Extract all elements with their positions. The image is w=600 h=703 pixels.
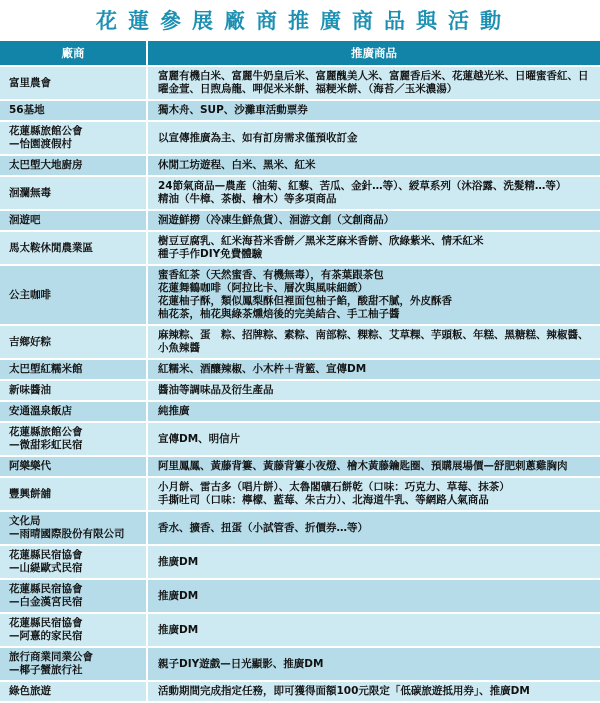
table-row: 綠色旅遊 活動期間完成指定任務，即可獲得面額100元限定「低碳旅遊抵用券」、推廣… xyxy=(0,682,600,703)
products-cell: 獨木舟、SUP、沙灘車活動票券 xyxy=(148,101,600,120)
vendor-cell: 洄遊吧 xyxy=(0,211,148,230)
table-row: 花蓮縣民宿協會 —阿憙的家民宿 推廣DM xyxy=(0,614,600,648)
vendor-cell: 富里農會 xyxy=(0,67,148,99)
vendor-cell: 新味醬油 xyxy=(0,381,148,400)
products-cell: 蜜香紅茶（天然蜜香、有機無毒），有茶葉跟茶包 花蓮舞鶴咖啡（阿拉比卡、層次與風味… xyxy=(148,266,600,324)
products-cell: 醬油等調味品及衍生產品 xyxy=(148,381,600,400)
column-header-vendor: 廠商 xyxy=(0,41,148,65)
table-row: 花蓮縣旅館公會 —怡園渡假村 以宣傳推廣為主、如有訂房需求僅預收訂金 xyxy=(0,122,600,156)
table-header-row: 廠商 推廣商品 xyxy=(0,41,600,67)
table-row: 馬太鞍休閒農業區 樹豆豆腐乳、紅米海苔米香餅／黑米芝麻米香餅、欣綠紫米、情禾紅米… xyxy=(0,232,600,266)
column-header-products: 推廣商品 xyxy=(148,41,600,65)
products-cell: 純推廣 xyxy=(148,402,600,421)
vendor-cell: 綠色旅遊 xyxy=(0,682,148,701)
table-row: 花蓮縣民宿協會 —白金漢宮民宿 推廣DM xyxy=(0,580,600,614)
table-row: 56基地 獨木舟、SUP、沙灘車活動票券 xyxy=(0,101,600,122)
vendor-cell: 洄瀾無毒 xyxy=(0,177,148,209)
products-cell: 麻辣粽、蛋 粽、招牌粽、素粽、南部粽、粿粽、艾草粿、芋頭粄、年糕、黑糖糕、辣椒醬… xyxy=(148,326,600,358)
products-cell: 24節氣商品—農產（油菊、紅藜、苦瓜、金針…等）、綬草系列（沐浴露、洗髮精…等）… xyxy=(148,177,600,209)
products-cell: 宣傳DM、明信片 xyxy=(148,423,600,455)
table-row: 太巴塱紅糯米館 紅糯米、酒釀辣椒、小木杵＋背籃、宣傳DM xyxy=(0,360,600,381)
table-row: 豐興餅舖 小月餅、雷古多（唱片餅）、太魯閣礦石餅乾（口味：巧克力、草莓、抹茶） … xyxy=(0,478,600,512)
products-cell: 活動期間完成指定任務，即可獲得面額100元限定「低碳旅遊抵用券」、推廣DM xyxy=(148,682,600,701)
page-title: 花蓮參展廠商推廣商品與活動 xyxy=(0,0,600,39)
vendor-cell: 花蓮縣民宿協會 —山緹歐式民宿 xyxy=(0,546,148,578)
products-cell: 洄遊鮮撈（冷凍生鮮魚貨）、洄游文創（文創商品） xyxy=(148,211,600,230)
vendor-cell: 花蓮縣民宿協會 —阿憙的家民宿 xyxy=(0,614,148,646)
table-row: 文化局 —雨晴國際股份有限公司 香水、擴香、扭蛋（小試管香、折價券…等） xyxy=(0,512,600,546)
vendor-cell: 安通溫泉飯店 xyxy=(0,402,148,421)
table-row: 安通溫泉飯店 純推廣 xyxy=(0,402,600,423)
table-row: 公主咖啡 蜜香紅茶（天然蜜香、有機無毒），有茶葉跟茶包 花蓮舞鶴咖啡（阿拉比卡、… xyxy=(0,266,600,326)
vendor-cell: 旅行商業同業公會 —椰子蟹旅行社 xyxy=(0,648,148,680)
products-cell: 樹豆豆腐乳、紅米海苔米香餅／黑米芝麻米香餅、欣綠紫米、情禾紅米 種子手作DIY免… xyxy=(148,232,600,264)
products-cell: 小月餅、雷古多（唱片餅）、太魯閣礦石餅乾（口味：巧克力、草莓、抹茶） 手撕吐司（… xyxy=(148,478,600,510)
table-row: 吉鄉好粽 麻辣粽、蛋 粽、招牌粽、素粽、南部粽、粿粽、艾草粿、芋頭粄、年糕、黑糖… xyxy=(0,326,600,360)
table-row: 花蓮縣民宿協會 —山緹歐式民宿 推廣DM xyxy=(0,546,600,580)
table-body: 富里農會 富麗有機白米、富麗牛奶皇后米、富麗醜美人米、富麗香后米、花蓮越光米、日… xyxy=(0,67,600,703)
vendor-cell: 花蓮縣民宿協會 —白金漢宮民宿 xyxy=(0,580,148,612)
products-cell: 富麗有機白米、富麗牛奶皇后米、富麗醜美人米、富麗香后米、花蓮越光米、日曜蜜香紅、… xyxy=(148,67,600,99)
vendor-cell: 阿樂樂代 xyxy=(0,457,148,476)
table-row: 太巴塱大地廚房 休閒工坊遊程、白米、黑米、紅米 xyxy=(0,156,600,177)
table-row: 洄遊吧 洄遊鮮撈（冷凍生鮮魚貨）、洄游文創（文創商品） xyxy=(0,211,600,232)
table-row: 旅行商業同業公會 —椰子蟹旅行社 親子DIY遊戲—日光顯影、推廣DM xyxy=(0,648,600,682)
page: 花蓮參展廠商推廣商品與活動 廠商 推廣商品 富里農會 富麗有機白米、富麗牛奶皇后… xyxy=(0,0,600,703)
vendor-cell: 馬太鞍休閒農業區 xyxy=(0,232,148,264)
vendor-cell: 花蓮縣旅館公會 —怡園渡假村 xyxy=(0,122,148,154)
products-cell: 推廣DM xyxy=(148,580,600,612)
products-cell: 親子DIY遊戲—日光顯影、推廣DM xyxy=(148,648,600,680)
products-cell: 推廣DM xyxy=(148,546,600,578)
vendor-products-table: 廠商 推廣商品 富里農會 富麗有機白米、富麗牛奶皇后米、富麗醜美人米、富麗香后米… xyxy=(0,39,600,703)
vendor-cell: 花蓮縣旅館公會 —微甜彩虹民宿 xyxy=(0,423,148,455)
products-cell: 休閒工坊遊程、白米、黑米、紅米 xyxy=(148,156,600,175)
table-row: 阿樂樂代 阿里鳳鳳、黃藤背簍、黃藤背簍小夜燈、檜木黃藤鑰匙圈、預購展場價—舒肥刺… xyxy=(0,457,600,478)
vendor-cell: 太巴塱紅糯米館 xyxy=(0,360,148,379)
products-cell: 紅糯米、酒釀辣椒、小木杵＋背籃、宣傳DM xyxy=(148,360,600,379)
products-cell: 阿里鳳鳳、黃藤背簍、黃藤背簍小夜燈、檜木黃藤鑰匙圈、預購展場價—舒肥刺蔥雞胸肉 xyxy=(148,457,600,476)
table-row: 富里農會 富麗有機白米、富麗牛奶皇后米、富麗醜美人米、富麗香后米、花蓮越光米、日… xyxy=(0,67,600,101)
table-row: 花蓮縣旅館公會 —微甜彩虹民宿 宣傳DM、明信片 xyxy=(0,423,600,457)
products-cell: 以宣傳推廣為主、如有訂房需求僅預收訂金 xyxy=(148,122,600,154)
products-cell: 香水、擴香、扭蛋（小試管香、折價券…等） xyxy=(148,512,600,544)
vendor-cell: 豐興餅舖 xyxy=(0,478,148,510)
table-row: 洄瀾無毒 24節氣商品—農產（油菊、紅藜、苦瓜、金針…等）、綬草系列（沐浴露、洗… xyxy=(0,177,600,211)
table-row: 新味醬油 醬油等調味品及衍生產品 xyxy=(0,381,600,402)
vendor-cell: 公主咖啡 xyxy=(0,266,148,324)
vendor-cell: 吉鄉好粽 xyxy=(0,326,148,358)
products-cell: 推廣DM xyxy=(148,614,600,646)
vendor-cell: 文化局 —雨晴國際股份有限公司 xyxy=(0,512,148,544)
vendor-cell: 56基地 xyxy=(0,101,148,120)
vendor-cell: 太巴塱大地廚房 xyxy=(0,156,148,175)
